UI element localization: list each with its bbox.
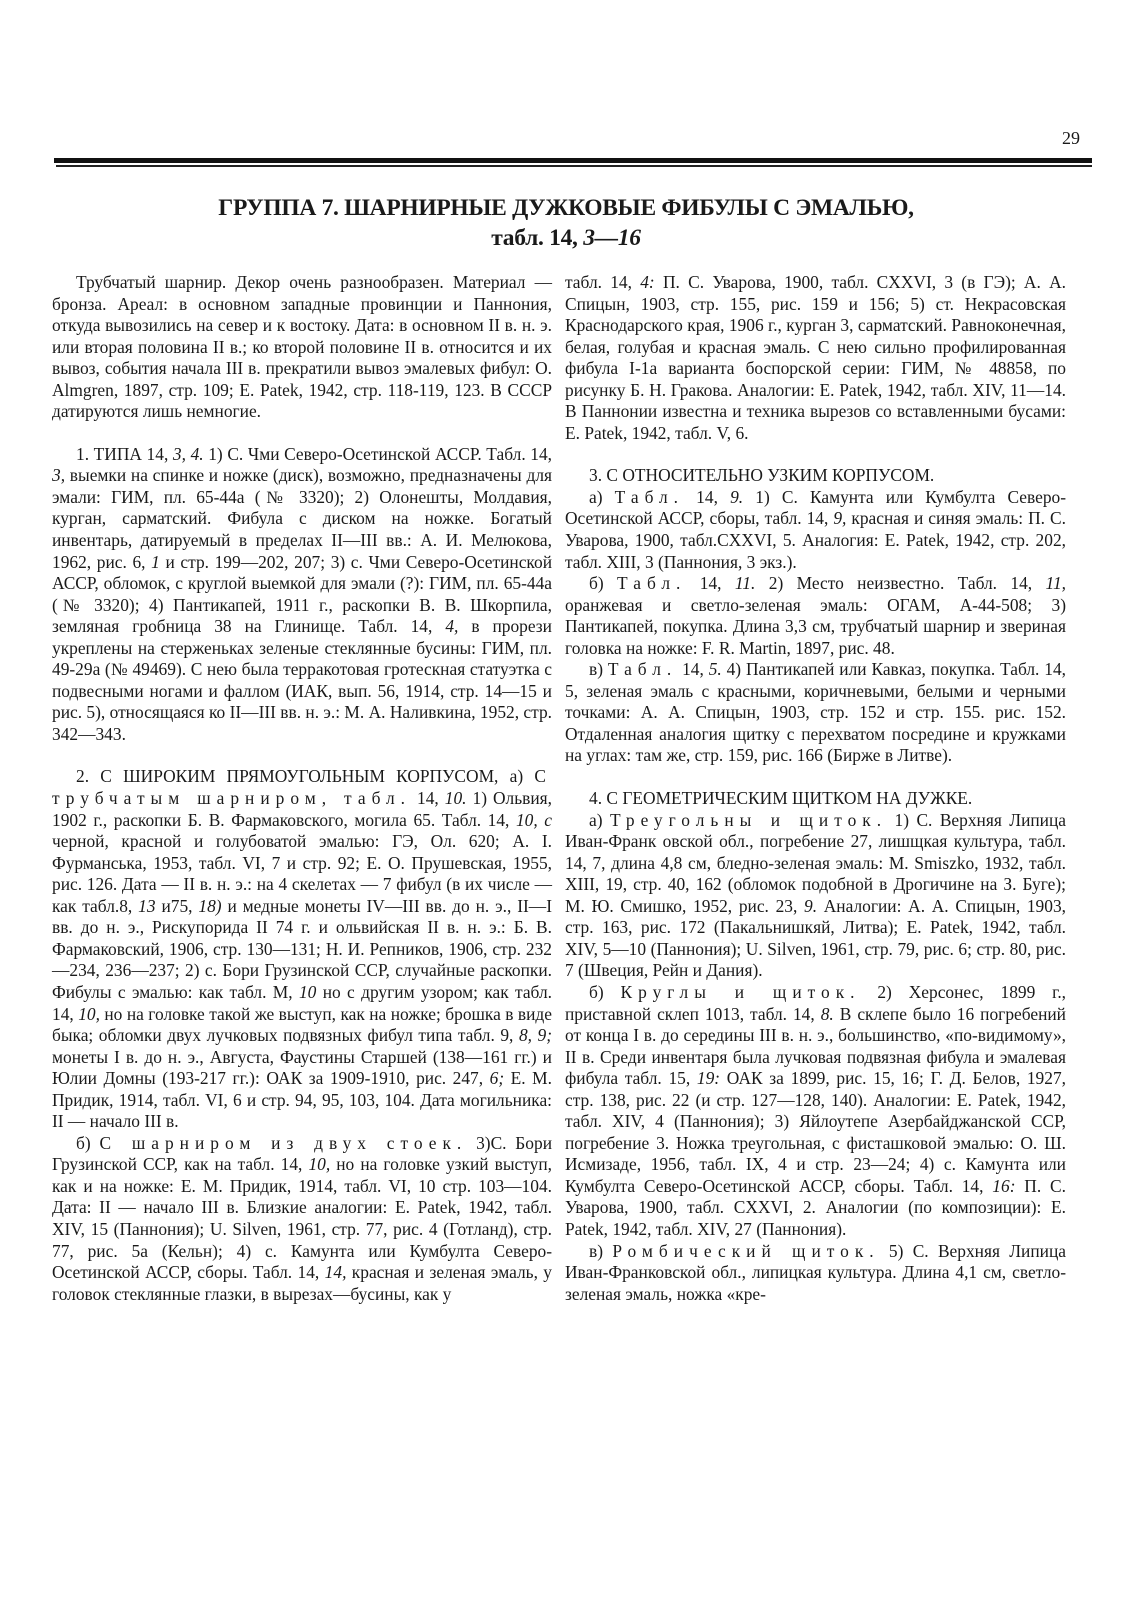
- title-line-1: ГРУППА 7. ШАРНИРНЫЕ ДУЖКОВЫЕ ФИБУЛЫ С ЭМ…: [0, 193, 1132, 223]
- section-title: ГРУППА 7. ШАРНИРНЫЕ ДУЖКОВЫЕ ФИБУЛЫ С ЭМ…: [0, 193, 1132, 253]
- section-3c-paragraph: в) Табл. 14, 5. 4) Пантикапей или Кавказ…: [565, 659, 1066, 767]
- header-rule-thin: [56, 165, 1092, 167]
- section-2b-paragraph: б) С шарниром из двух стоек. 3)С. Бори Г…: [52, 1133, 552, 1305]
- section-3b-paragraph: б) Табл. 14, 11. 2) Место неизвестно. Та…: [565, 573, 1066, 659]
- header-rule: [54, 158, 1092, 163]
- section-4c-paragraph: в) Ромбический щиток. 5) С. Верхняя Липи…: [565, 1241, 1066, 1306]
- page-number: 29: [1040, 128, 1080, 149]
- section-3a-paragraph: а) Табл. 14, 9. 1) С. Камунта или Кумбул…: [565, 487, 1066, 573]
- section-3-heading: 3. С ОТНОСИТЕЛЬНО УЗКИМ КОРПУСОМ.: [565, 465, 1066, 487]
- section-2-paragraph: 2. С ШИРОКИМ ПРЯМОУГОЛЬНЫМ КОРПУСОМ, а) …: [52, 766, 552, 1132]
- section-4-heading: 4. С ГЕОМЕТРИЧЕСКИМ ЩИТКОМ НА ДУЖКЕ.: [565, 788, 1066, 810]
- title-line-2: табл. 14, 3—16: [0, 223, 1132, 253]
- left-column: Трубчатый шарнир. Декор очень разнообраз…: [52, 272, 552, 1305]
- section-4b-paragraph: б) Круглы и щиток. 2) Херсонес, 1899 г.,…: [565, 982, 1066, 1241]
- continuation-paragraph: табл. 14, 4: П. С. Уварова, 1900, табл. …: [565, 272, 1066, 444]
- section-4a-paragraph: а) Треугольны и щиток. 1) С. Верхняя Лип…: [565, 810, 1066, 982]
- right-column: табл. 14, 4: П. С. Уварова, 1900, табл. …: [565, 272, 1066, 1305]
- intro-paragraph: Трубчатый шарнир. Декор очень разнообраз…: [52, 272, 552, 423]
- section-1-paragraph: 1. ТИПА 14, 3, 4. 1) С. Чми Северо-Осети…: [52, 444, 552, 746]
